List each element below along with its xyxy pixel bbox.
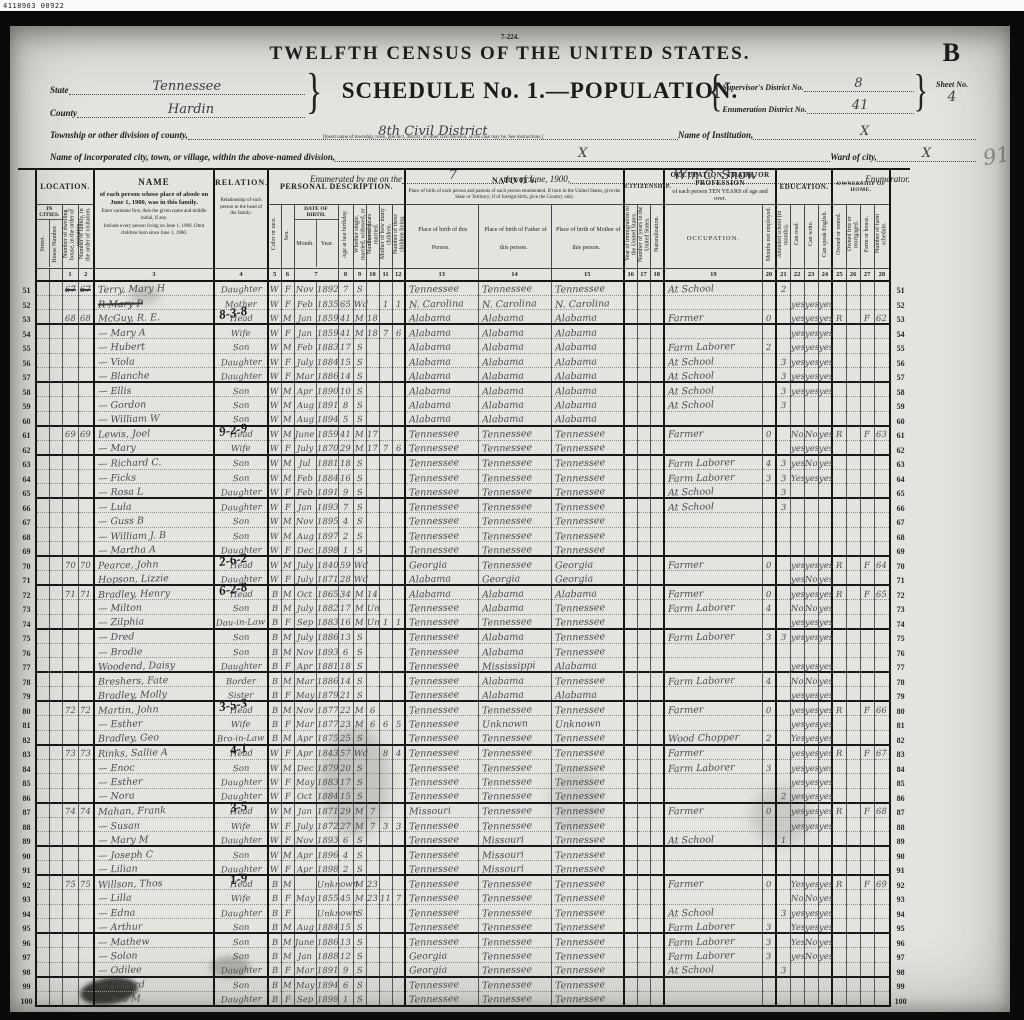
cell-wr: yes	[804, 629, 818, 644]
cell-age: 41	[338, 324, 353, 339]
handwritten-entry: W	[270, 504, 279, 513]
cell-bp: Tennessee	[405, 745, 478, 760]
cell-bm: Aug	[294, 527, 316, 542]
handwritten-entry: 1855	[316, 895, 338, 904]
cell-rel: Son	[214, 919, 268, 934]
cell-fm	[846, 904, 860, 919]
handwritten-entry: R	[836, 591, 843, 600]
cell-ym	[366, 658, 379, 673]
cell-bm	[294, 875, 316, 890]
handwritten-entry: 18	[367, 315, 378, 324]
cell-fam: 70	[78, 556, 94, 571]
cell-house	[49, 701, 62, 716]
cell-wr	[804, 484, 818, 499]
cell-mb: Alabama	[551, 324, 624, 339]
cell-sch	[776, 875, 790, 890]
cell-bp: Tennessee	[405, 846, 478, 861]
cell-bm: Mar	[294, 962, 316, 977]
cell-occ: Farm Laborer	[664, 469, 762, 484]
cell-yu	[637, 832, 650, 847]
handwritten-entry: Alabama	[409, 386, 451, 397]
cell-ym	[366, 295, 379, 310]
cell-mne	[762, 281, 776, 296]
handwritten-entry: Tennessee	[481, 705, 531, 716]
handwritten-entry: F	[284, 895, 290, 904]
cell-rel: Son	[214, 527, 268, 542]
cell-mb: Tennessee	[551, 542, 624, 557]
cell-own	[832, 861, 846, 876]
handwritten-entry: 3	[383, 823, 389, 832]
handwritten-entry: Tennessee	[481, 618, 531, 629]
row-number-right: 99	[890, 977, 910, 992]
farm-schedule-label: Number of farm schedule.	[874, 204, 890, 268]
cell-c: B	[268, 643, 281, 658]
col-num: 12	[392, 268, 405, 281]
cell-age: 16	[338, 614, 353, 629]
handwritten-entry: 69	[64, 431, 75, 440]
handwritten-entry: W	[270, 837, 279, 846]
handwritten-entry: R	[836, 881, 843, 890]
cell-ym	[366, 542, 379, 557]
cell-fs: 69	[874, 875, 890, 890]
cell-occ: At School	[664, 498, 762, 513]
handwritten-entry: F	[864, 707, 870, 716]
handwritten-entry: 17	[340, 605, 351, 614]
cell-bp: Tennessee	[405, 498, 478, 513]
handwritten-entry: Son	[233, 982, 250, 991]
handwritten-entry: 1895	[316, 518, 338, 527]
cell-fh	[860, 716, 874, 731]
handwritten-entry: Tennessee	[409, 604, 459, 615]
cell-mb: Tennessee	[551, 513, 624, 528]
occupation-column-label: OCCUPATION.	[664, 204, 762, 268]
cell-name: — Nora	[94, 788, 214, 803]
row-number-left: 51	[18, 281, 36, 296]
table-row: 78Breshers, FateBorderBMMar188614STennes…	[18, 672, 910, 687]
handwritten-entry: yes	[818, 431, 832, 440]
handwritten-entry: B	[272, 678, 278, 687]
cell-wr	[804, 281, 818, 296]
cell-fm	[846, 774, 860, 789]
cell-fm	[846, 368, 860, 383]
cell-bp: Tennessee	[405, 513, 478, 528]
column-name-header: NAME of each person whose place of abode…	[94, 169, 214, 268]
cell-age	[338, 875, 353, 890]
cell-fam	[78, 527, 94, 542]
cell-dw: 75	[62, 875, 78, 890]
cell-sch	[776, 571, 790, 586]
handwritten-entry: yes	[790, 663, 804, 672]
row-number-left: 56	[18, 353, 36, 368]
cell-na	[650, 875, 664, 890]
cell-bp: Tennessee	[405, 890, 478, 905]
cell-ms: M	[353, 310, 366, 325]
cell-fs	[874, 542, 890, 557]
handwritten-entry: July	[297, 634, 314, 643]
cell-yu	[637, 426, 650, 441]
handwritten-entry: Feb	[297, 344, 313, 353]
cell-own	[832, 411, 846, 426]
handwritten-entry: yes	[804, 619, 818, 628]
cell-fam	[78, 440, 94, 455]
handwritten-entry: July	[297, 605, 314, 614]
handwritten-entry: W	[270, 301, 279, 310]
cell-name: — Zilphia	[94, 614, 214, 629]
cell-cl	[392, 803, 405, 818]
cell-fm	[846, 890, 860, 905]
cell-ym	[366, 687, 379, 702]
handwritten-entry: Tennessee	[481, 922, 531, 933]
cell-na	[650, 991, 664, 1006]
cell-sp: yes	[818, 353, 832, 368]
handwritten-entry: yes	[818, 793, 832, 802]
table-row: 54— Mary AWifeWFJan185941M1876AlabamaAla…	[18, 324, 910, 339]
cell-fm	[846, 527, 860, 542]
handwritten-entry: Nov	[296, 518, 314, 527]
cell-mo	[379, 658, 392, 673]
handwritten-entry: Alabama	[481, 633, 523, 644]
cell-ym	[366, 629, 379, 644]
handwritten-entry: Alabama	[554, 371, 596, 382]
cell-mne	[762, 716, 776, 731]
cell-occ	[664, 890, 762, 905]
cell-fb: Tennessee	[478, 774, 551, 789]
cell-dw	[62, 353, 78, 368]
cell-name: McGuy, R. E.8-3-8	[94, 310, 214, 325]
cell-age: 2	[338, 861, 353, 876]
cell-own	[832, 498, 846, 513]
handwritten-entry: 6	[343, 649, 349, 658]
cell-name: — Ava M	[94, 991, 214, 1006]
cell-mo	[379, 310, 392, 325]
handwritten-entry: Tennessee	[481, 894, 531, 905]
cell-mb: Tennessee	[551, 484, 624, 499]
cell-yu	[637, 484, 650, 499]
cell-mne	[762, 904, 776, 919]
cell-s: M	[281, 411, 294, 426]
cell-s: F	[281, 484, 294, 499]
handwritten-entry: 3	[780, 910, 786, 919]
handwritten-entry: Terry, Mary H	[98, 284, 165, 295]
row-number-left: 92	[18, 875, 36, 890]
handwritten-entry: S	[356, 910, 362, 919]
cell-ym	[366, 991, 379, 1006]
cell-mo	[379, 759, 392, 774]
cell-cl	[392, 991, 405, 1006]
page-letter: B	[943, 38, 960, 68]
cell-rd	[790, 281, 804, 296]
handwritten-entry: — Ava M	[98, 995, 141, 1006]
handwritten-entry: R	[836, 707, 843, 716]
cell-s: M	[281, 919, 294, 934]
cell-fh	[860, 324, 874, 339]
handwritten-entry: 1840	[316, 561, 338, 570]
handwritten-entry: W	[270, 359, 279, 368]
handwritten-entry: Wife	[231, 330, 251, 339]
col-num: 7	[294, 268, 338, 281]
cell-s: M	[281, 455, 294, 470]
handwritten-entry: S	[356, 967, 362, 976]
handwritten-entry: yes	[790, 460, 804, 469]
handwritten-entry: Missouri	[481, 864, 523, 875]
cell-s: M	[281, 730, 294, 745]
handwritten-entry: W	[270, 445, 279, 454]
cell-yi	[624, 846, 637, 861]
cell-c: W	[268, 440, 281, 455]
cell-sp: yes	[818, 774, 832, 789]
cell-c: W	[268, 426, 281, 441]
handwritten-entry: M	[283, 735, 292, 744]
handwritten-entry: Tennessee	[554, 285, 604, 296]
handwritten-entry: Tennessee	[554, 545, 604, 556]
cell-dw	[62, 919, 78, 934]
cell-fh	[860, 687, 874, 702]
handwritten-entry: Tennessee	[481, 952, 531, 963]
cell-wr: yes	[804, 353, 818, 368]
cell-fs	[874, 948, 890, 963]
handwritten-entry: yes	[818, 895, 832, 904]
cell-fh	[860, 774, 874, 789]
cell-fam	[78, 411, 94, 426]
handwritten-entry: Son	[233, 765, 250, 774]
cell-ym: 18	[366, 324, 379, 339]
handwritten-entry: yes	[804, 344, 818, 353]
cell-rd: yes	[790, 353, 804, 368]
cell-fs	[874, 890, 890, 905]
cell-mo	[379, 875, 392, 890]
cell-mo	[379, 861, 392, 876]
handwritten-entry: Tennessee	[481, 966, 531, 977]
handwritten-entry: F	[284, 663, 290, 672]
cell-rel: Daughter	[214, 498, 268, 513]
handwritten-entry: Daughter	[221, 996, 262, 1006]
cell-sp	[818, 977, 832, 992]
cell-yi	[624, 759, 637, 774]
handwritten-entry: W	[270, 388, 279, 397]
handwritten-entry: F	[284, 547, 290, 556]
handwritten-entry: Tennessee	[409, 661, 459, 672]
cell-mo	[379, 353, 392, 368]
handwritten-entry: Feb	[297, 301, 313, 310]
handwritten-entry: 68	[80, 315, 91, 324]
cell-mo	[379, 484, 392, 499]
cell-street	[36, 716, 49, 731]
handwritten-entry: yes	[790, 808, 804, 817]
cell-ms: Wd	[353, 745, 366, 760]
cell-bm: Nov	[294, 832, 316, 847]
cell-na	[650, 600, 664, 615]
cell-s: F	[281, 716, 294, 731]
row-number-right: 74	[890, 614, 910, 629]
cell-wr: No	[804, 933, 818, 948]
cell-bm: Apr	[294, 846, 316, 861]
city-label: Name of incorporated city, town, or vill…	[50, 152, 335, 162]
cell-fam	[78, 658, 94, 673]
cell-by: 1859	[316, 426, 338, 441]
handwritten-entry: Unknown	[554, 720, 600, 731]
cell-name: — Ficks	[94, 469, 214, 484]
cell-fm	[846, 832, 860, 847]
handwritten-entry: Alabama	[554, 343, 596, 354]
cell-s: F	[281, 774, 294, 789]
cell-age: 6	[338, 977, 353, 992]
handwritten-entry: S	[356, 460, 362, 469]
cell-bp: Tennessee	[405, 861, 478, 876]
can-read-label: Can read.	[790, 204, 804, 268]
handwritten-entry: 12	[340, 953, 351, 962]
cell-yu	[637, 803, 650, 818]
table-row: 66— LulaDaughterWFJan18937STennesseeTenn…	[18, 498, 910, 513]
cell-yu	[637, 353, 650, 368]
cell-bp: Tennessee	[405, 788, 478, 803]
cell-s: M	[281, 759, 294, 774]
cell-sp: yes	[818, 701, 832, 716]
handwritten-entry: 23	[367, 895, 378, 904]
cell-fs	[874, 861, 890, 876]
handwritten-entry: Yes	[790, 475, 804, 484]
row-number-right: 82	[890, 730, 910, 745]
table-row: 93— LillaWifeBFMay185545M23117TennesseeT…	[18, 890, 910, 905]
cell-sch	[776, 295, 790, 310]
cell-bp: Tennessee	[405, 919, 478, 934]
cell-cl	[392, 498, 405, 513]
handwritten-entry: F	[284, 619, 290, 628]
cell-mb: Tennessee	[551, 803, 624, 818]
handwritten-entry: Bradley, Geo	[98, 733, 159, 744]
cell-sch: 3	[776, 484, 790, 499]
row-number-left: 62	[18, 440, 36, 455]
state-line: State Tennessee	[50, 72, 305, 95]
cell-occ: At School	[664, 484, 762, 499]
cell-s: F	[281, 614, 294, 629]
handwritten-entry: W	[270, 533, 279, 542]
cell-s: M	[281, 426, 294, 441]
cell-ym: 7	[366, 803, 379, 818]
cell-fam	[78, 455, 94, 470]
cell-name: — Hubert	[94, 339, 214, 354]
handwritten-entry: 3	[766, 634, 772, 643]
row-number-right: 96	[890, 933, 910, 948]
cell-yu	[637, 469, 650, 484]
cell-by: 1896	[316, 846, 338, 861]
handwritten-entry: 3	[780, 388, 786, 397]
handwritten-entry: F	[864, 750, 870, 759]
cell-sch	[776, 977, 790, 992]
table-row: 90— Joseph CSonWMApr18964STennesseeMisso…	[18, 846, 910, 861]
cell-occ: Farm Laborer	[664, 339, 762, 354]
cell-na	[650, 440, 664, 455]
cell-fb: Tennessee	[478, 556, 551, 571]
cell-fb: Tennessee	[478, 440, 551, 455]
handwritten-entry: 1870	[316, 445, 338, 454]
cell-own	[832, 832, 846, 847]
handwritten-entry: Tennessee	[409, 473, 459, 484]
handwritten-entry: Nov	[296, 837, 314, 846]
handwritten-entry: 66	[876, 707, 887, 716]
cell-sch	[776, 846, 790, 861]
cell-yu	[637, 890, 650, 905]
cell-fm	[846, 672, 860, 687]
handwritten-entry: Alabama	[481, 357, 523, 368]
handwritten-entry: Alabama	[554, 357, 596, 368]
date-of-birth-subgroup: DATE OF BIRTH. Month. Year.	[294, 204, 338, 268]
handwritten-entry: At School	[668, 908, 714, 919]
cell-wr: yes	[804, 788, 818, 803]
handwritten-entry: yes	[804, 881, 818, 890]
cell-bp: Tennessee	[405, 614, 478, 629]
immigration-year-label: Year of immigration to the United States…	[624, 204, 637, 268]
cell-yu	[637, 629, 650, 644]
table-row: 837373Rinks, Sallie A4-1HeadWFApr184357W…	[18, 745, 910, 760]
cell-occ	[664, 513, 762, 528]
cell-house	[49, 469, 62, 484]
years-in-us-label: Number of years in the United States.	[637, 204, 650, 268]
handwritten-entry: Tennessee	[409, 430, 459, 441]
cell-dw	[62, 861, 78, 876]
handwritten-entry: Alabama	[409, 415, 451, 426]
handwritten-entry: No	[805, 678, 818, 687]
cell-fb: Georgia	[478, 571, 551, 586]
cell-yu	[637, 600, 650, 615]
cell-occ: Farm Laborer	[664, 759, 762, 774]
cell-s: F	[281, 962, 294, 977]
cell-sch	[776, 411, 790, 426]
relation-desc: Relationship of each person to the head …	[215, 190, 267, 219]
cell-house	[49, 991, 62, 1006]
cell-name: — Lilian	[94, 861, 214, 876]
cell-yu	[637, 411, 650, 426]
cell-fs	[874, 643, 890, 658]
handwritten-entry: 15	[340, 793, 351, 802]
handwritten-entry: yes	[790, 576, 804, 585]
cell-cl	[392, 426, 405, 441]
cell-sp: yes	[818, 440, 832, 455]
handwritten-entry: Son	[233, 634, 250, 643]
handwritten-entry: Son	[233, 518, 250, 527]
cell-fs	[874, 498, 890, 513]
cell-bm: Sep	[294, 991, 316, 1006]
cell-sp: yes	[818, 672, 832, 687]
cell-ym	[366, 556, 379, 571]
cell-mb: Tennessee	[551, 832, 624, 847]
handwritten-entry: May	[296, 895, 315, 904]
cell-fm	[846, 658, 860, 673]
cell-fs	[874, 527, 890, 542]
cell-wr: No	[804, 890, 818, 905]
cell-bp: Tennessee	[405, 875, 478, 890]
handwritten-entry: Tennessee	[409, 545, 459, 556]
cell-wr: yes	[804, 614, 818, 629]
handwritten-entry: yes	[790, 823, 804, 832]
cell-bp: Tennessee	[405, 701, 478, 716]
cell-fb: Alabama	[478, 397, 551, 412]
cell-yi	[624, 919, 637, 934]
cell-rel: Son	[214, 948, 268, 963]
cell-ym	[366, 382, 379, 397]
cell-bm: Dec	[294, 759, 316, 774]
cell-ym	[366, 759, 379, 774]
cell-occ: Farmer	[664, 745, 762, 760]
handwritten-entry: Tennessee	[554, 676, 604, 687]
cell-own: R	[832, 701, 846, 716]
cell-age: 34	[338, 585, 353, 600]
handwritten-entry: B	[272, 721, 278, 730]
cell-wr	[804, 846, 818, 861]
cell-bp: Tennessee	[405, 759, 478, 774]
cell-mo	[379, 629, 392, 644]
handwritten-entry: Aug	[296, 924, 313, 933]
cell-street	[36, 745, 49, 760]
